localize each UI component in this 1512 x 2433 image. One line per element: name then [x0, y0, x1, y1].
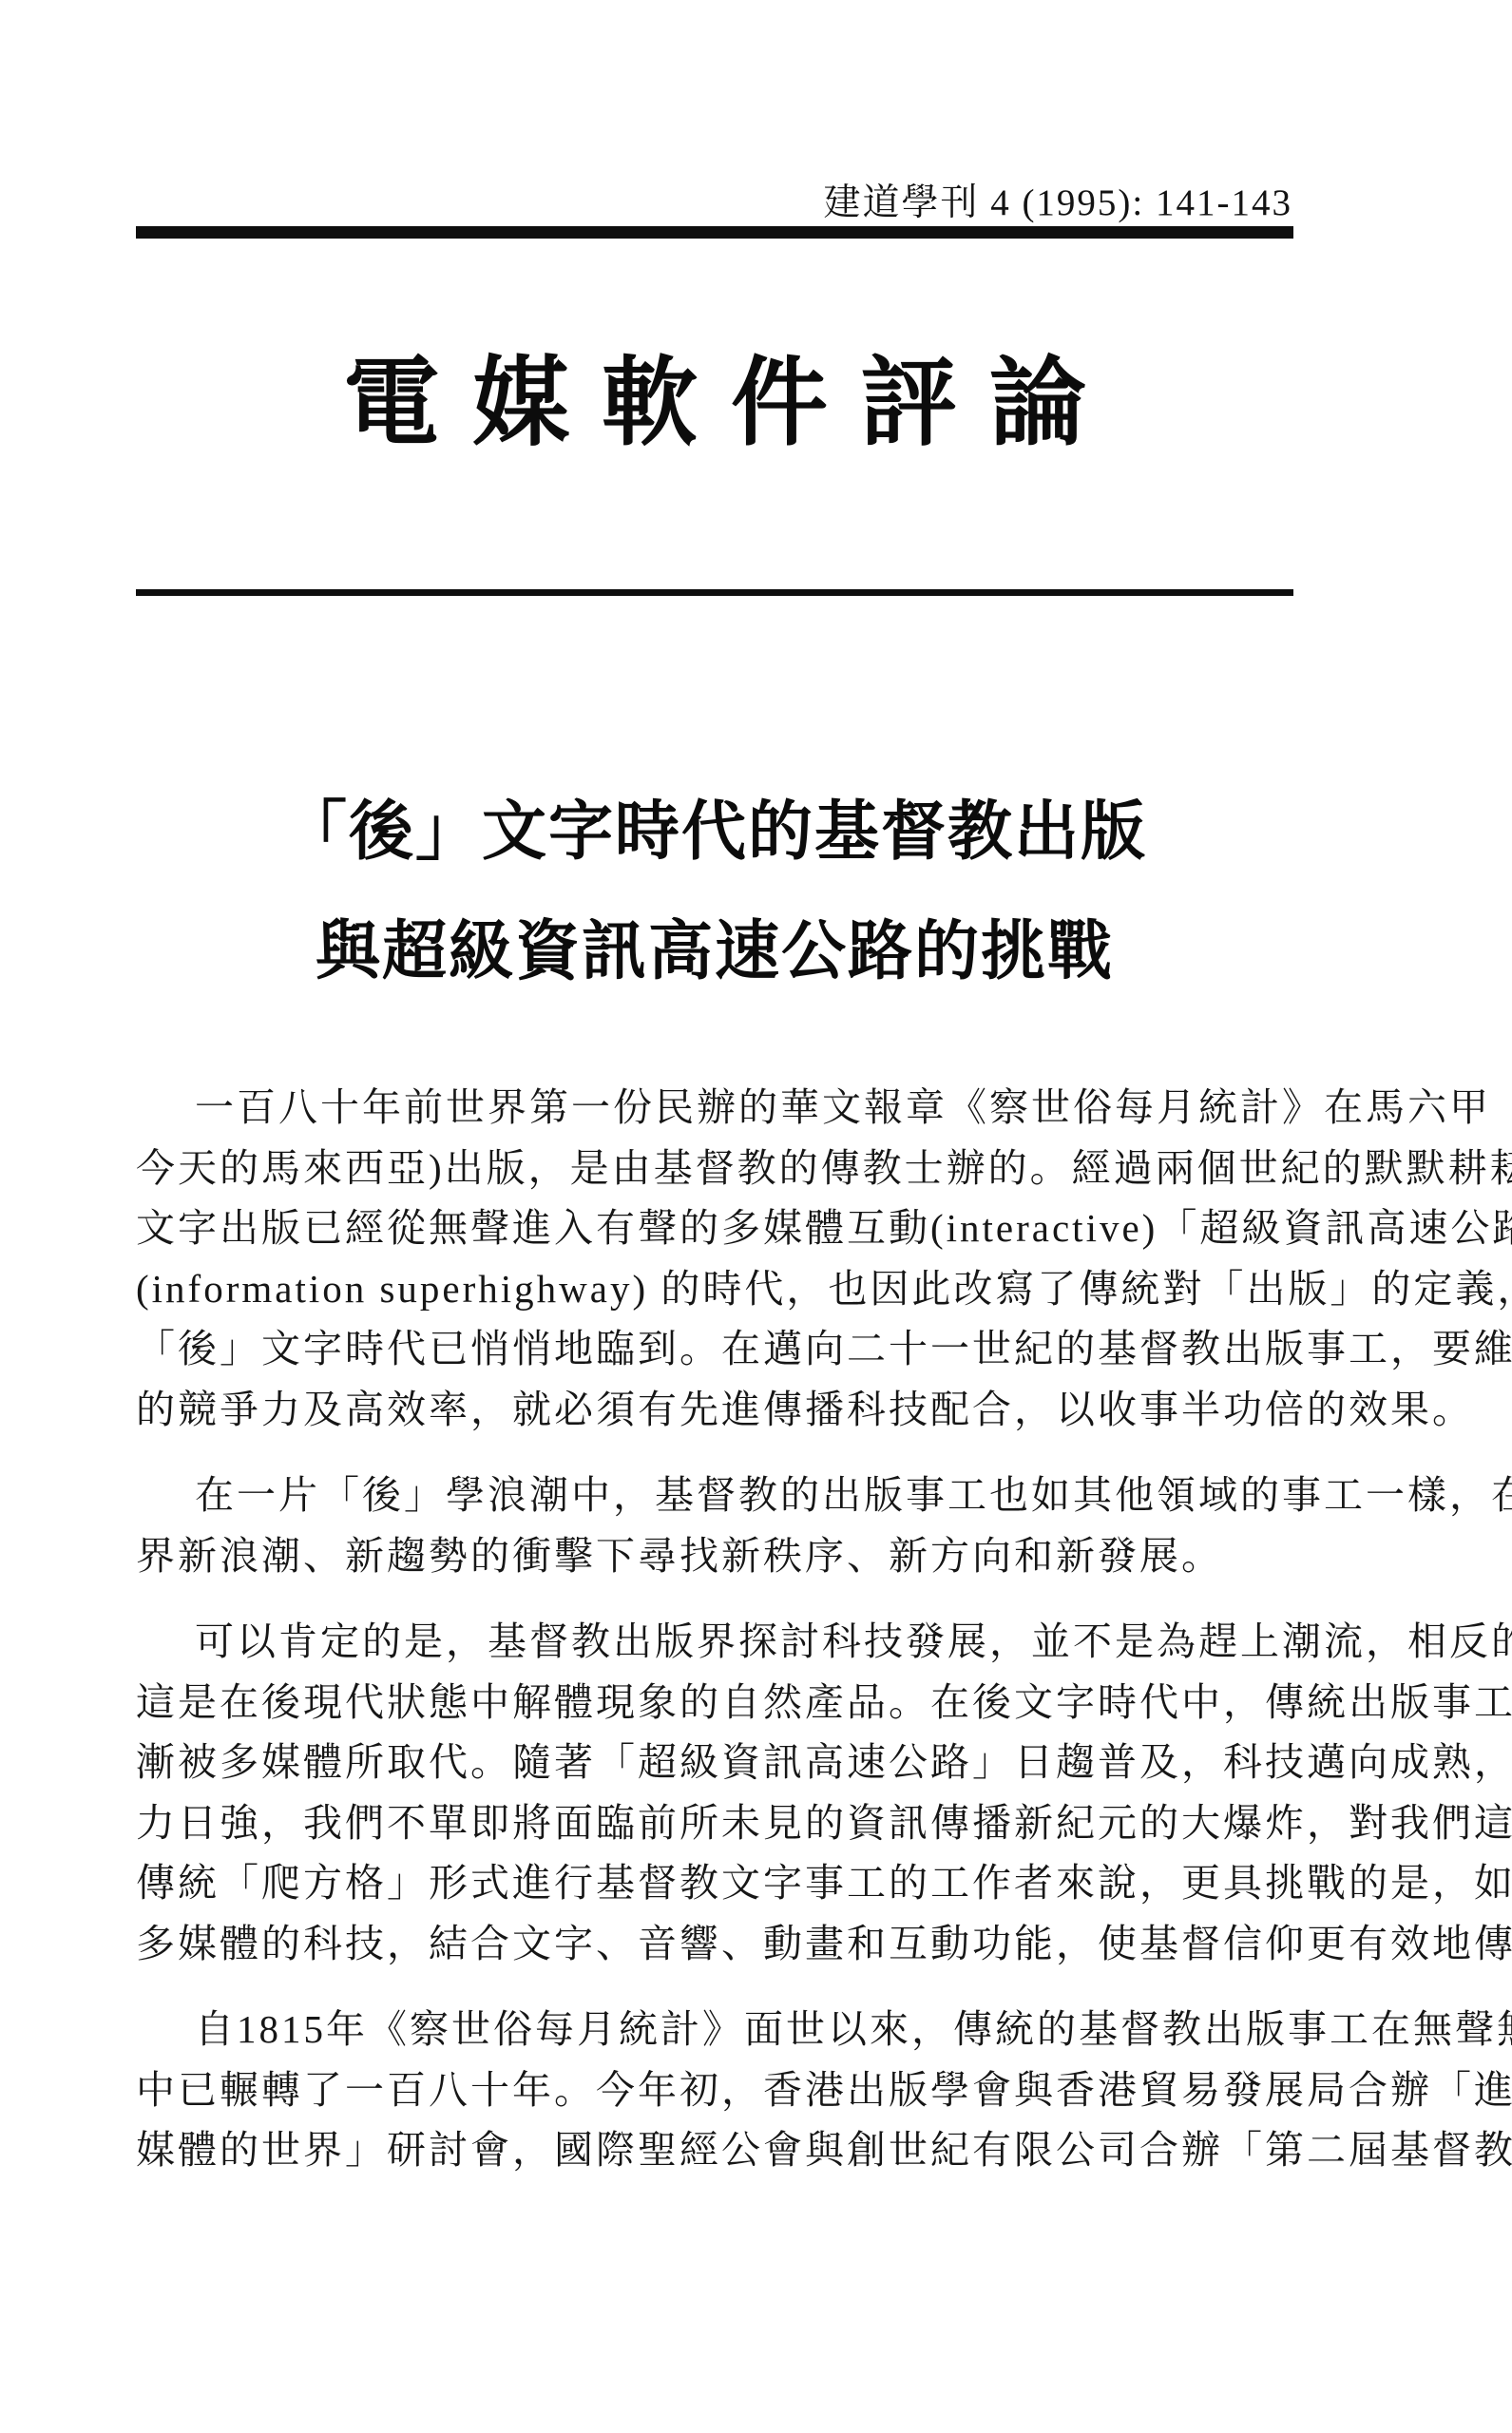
article-title: 「後」文字時代的基督教出版 與超級資訊高速公路的挑戰	[136, 772, 1293, 1011]
body-line: 「後」文字時代已悄悄地臨到。在邁向二十一世紀的基督教出版事工，要維持她	[136, 1327, 1512, 1370]
scanned-journal-page: 建道學刊 4 (1995): 141-143 電媒軟件評論 「後」文字時代的基督…	[0, 0, 1512, 2433]
body-line: 可以肯定的是，基督教出版界探討科技發展，並不是為趕上潮流，相反的，	[136, 1619, 1512, 1663]
journal-citation: 建道學刊 4 (1995): 141-143	[823, 182, 1292, 224]
body-line: 自1815年《察世俗每月統計》面世以來，傳統的基督教出版事工在無聲無息	[136, 2007, 1512, 2051]
body-line: 的競爭力及高效率，就必須有先進傳播科技配合，以收事半功倍的效果。	[136, 1388, 1474, 1431]
article-body: 一百八十年前世界第一份民辦的華文報章《察世俗每月統計》在馬六甲（即 今天的馬來西…	[136, 1078, 1322, 2181]
body-line: (information superhighway) 的時代，也因此改寫了傳統對…	[136, 1267, 1512, 1311]
section-title: 電媒軟件評論	[136, 348, 1293, 460]
title-divider-rule	[136, 589, 1293, 596]
body-line: 中已輾轉了一百八十年。今年初，香港出版學會與香港貿易發展局合辦「進入多	[136, 2068, 1512, 2112]
body-line: 界新浪潮、新趨勢的衝擊下尋找新秩序、新方向和新發展。	[136, 1534, 1223, 1578]
body-line: 這是在後現代狀態中解體現象的自然產品。在後文字時代中，傳統出版事工已逐	[136, 1680, 1512, 1724]
paragraph: 一百八十年前世界第一份民辦的華文報章《察世俗每月統計》在馬六甲（即 今天的馬來西…	[136, 1078, 1322, 1440]
body-line: 一百八十年前世界第一份民辦的華文報章《察世俗每月統計》在馬六甲（即	[136, 1085, 1512, 1129]
body-line: 力日強，我們不單即將面臨前所未見的資訊傳播新紀元的大爆炸，對我們這群以	[136, 1801, 1512, 1845]
body-line: 傳統「爬方格」形式進行基督教文字事工的工作者來說，更具挑戰的是，如何以	[136, 1861, 1512, 1905]
body-line: 文字出版已經從無聲進入有聲的多媒體互動(interactive)「超級資訊高速公…	[136, 1206, 1512, 1250]
body-line: 今天的馬來西亞)出版，是由基督教的傳教士辦的。經過兩個世紀的默默耕耘，	[136, 1146, 1512, 1190]
paragraph: 在一片「後」學浪潮中，基督教的出版事工也如其他領域的事工一樣，在世 界新浪潮、新…	[136, 1466, 1322, 1586]
paragraph: 可以肯定的是，基督教出版界探討科技發展，並不是為趕上潮流，相反的， 這是在後現代…	[136, 1612, 1322, 1974]
body-line: 多媒體的科技，結合文字、音響、動畫和互動功能，使基督信仰更有效地傳播。	[136, 1922, 1512, 1965]
header-rule	[136, 226, 1293, 239]
body-line: 媒體的世界」研討會，國際聖經公會與創世紀有限公司合辦「第二屆基督教電子	[136, 2128, 1512, 2172]
paragraph: 自1815年《察世俗每月統計》面世以來，傳統的基督教出版事工在無聲無息 中已輾轉…	[136, 2000, 1322, 2181]
body-line: 在一片「後」學浪潮中，基督教的出版事工也如其他領域的事工一樣，在世	[136, 1473, 1512, 1517]
article-title-line-1: 「後」文字時代的基督教出版	[136, 772, 1293, 891]
article-title-line-2: 與超級資訊高速公路的挑戰	[136, 891, 1293, 1011]
body-line: 漸被多媒體所取代。隨著「超級資訊高速公路」日趨普及，科技邁向成熟，支配	[136, 1740, 1512, 1784]
